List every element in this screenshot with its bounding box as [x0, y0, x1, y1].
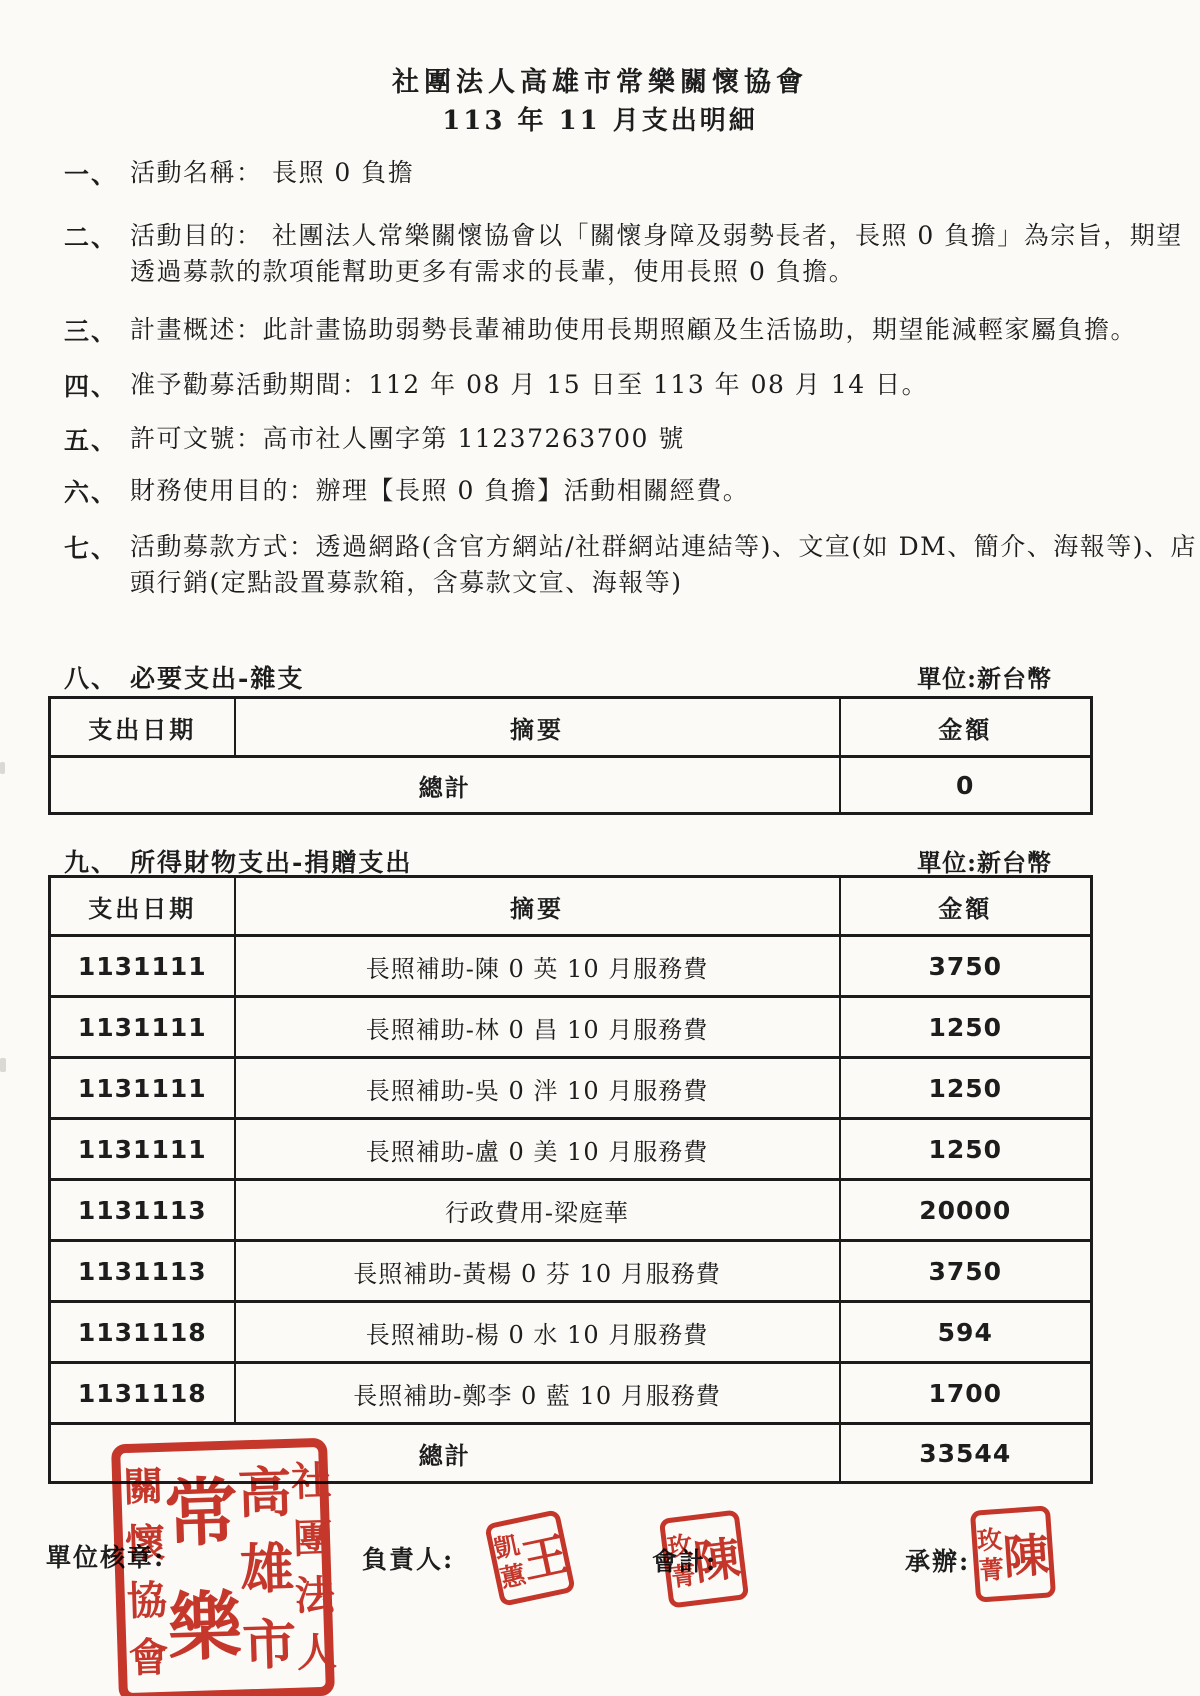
section-9-number: 九、 [64, 843, 118, 879]
org-stamp-char: 團 [292, 1515, 333, 1562]
document-page: 社團法人高雄市常樂關懷協會 113 年 11 月支出明細 一、 活動名稱： 長照… [0, 0, 1200, 1696]
org-stamp-column: 社團法人 [290, 1453, 337, 1682]
cell-date: 1131111 [50, 997, 235, 1058]
cell-amount: 20000 [840, 1180, 1092, 1241]
item-text: 頭行銷(定點設置募款箱，含募款文宣、海報等) [130, 565, 1197, 601]
doc-title: 113 年 11 月支出明細 [0, 100, 1200, 137]
org-name-title: 社團法人高雄市常樂關懷協會 [0, 60, 1200, 99]
handler-label: 承辦: [905, 1542, 970, 1578]
item-text: 活動目的： 社團法人常樂關懷協會以「關懷身障及弱勢長者，長照 0 負擔」為宗旨，… [130, 218, 1183, 254]
cell-summary: 長照補助-吳 0 泮 10 月服務費 [235, 1058, 840, 1119]
item-number: 一、 [64, 155, 118, 191]
column-header-amount: 金額 [840, 877, 1092, 936]
cell-amount: 1250 [840, 1119, 1092, 1180]
table-total-row: 總計 0 [50, 757, 1092, 814]
scan-artifact [0, 762, 5, 774]
item-text: 許可文號：高市社人團字第 11237263700 號 [130, 421, 685, 457]
org-stamp-column: 常樂 [162, 1456, 243, 1686]
table-row: 1131113長照補助-黃楊 0 芬 10 月服務費3750 [50, 1241, 1092, 1302]
cell-summary: 長照補助-鄭李 0 藍 10 月服務費 [235, 1363, 840, 1424]
cell-date: 1131113 [50, 1180, 235, 1241]
cell-amount: 594 [840, 1302, 1092, 1363]
column-header-amount: 金額 [840, 698, 1092, 757]
item-number: 四、 [64, 367, 118, 403]
stamp-right-char: 陳 [690, 1522, 744, 1593]
cell-summary: 長照補助-楊 0 水 10 月服務費 [235, 1302, 840, 1363]
cell-amount: 3750 [840, 936, 1092, 997]
cell-date: 1131118 [50, 1363, 235, 1424]
table-header-row: 支出日期 摘要 金額 [50, 877, 1092, 936]
org-stamp-char: 會 [128, 1634, 169, 1681]
column-header-date: 支出日期 [50, 877, 235, 936]
cell-amount: 1250 [840, 1058, 1092, 1119]
table-row: 1131111長照補助-吳 0 泮 10 月服務費1250 [50, 1058, 1092, 1119]
column-header-summary: 摘要 [235, 877, 840, 936]
item-text: 計畫概述：此計畫協助弱勢長輩補助使用長期照顧及生活協助，期望能減輕家屬負擔。 [130, 312, 1137, 348]
item-number: 六、 [64, 473, 118, 509]
org-stamp-char: 高 [237, 1460, 293, 1526]
misc-expense-table: 支出日期 摘要 金額 總計 0 [48, 696, 1093, 815]
cell-date: 1131111 [50, 1058, 235, 1119]
section-9-title: 所得財物支出-捐贈支出 [130, 843, 412, 879]
table-row: 1131113行政費用-梁庭華20000 [50, 1180, 1092, 1241]
org-stamp-char: 法 [294, 1572, 335, 1619]
cell-amount: 1700 [840, 1363, 1092, 1424]
stamp-right-char: 陳 [1001, 1519, 1051, 1588]
org-stamp-char: 市 [241, 1612, 297, 1678]
total-amount: 0 [840, 757, 1092, 814]
total-amount: 33544 [840, 1424, 1092, 1483]
stamp-char: 菁 [669, 1560, 697, 1593]
donation-expense-table: 支出日期 摘要 金額 1131111長照補助-陳 0 英 10 月服務費3750… [48, 875, 1093, 1484]
org-stamp-char: 樂 [166, 1578, 243, 1676]
section-9-unit-label: 單位:新台幣 [917, 843, 1052, 878]
accountant-name-stamp: 玫菁 陳 [659, 1509, 749, 1608]
section-8-title: 必要支出-雜支 [130, 659, 304, 695]
cell-summary: 長照補助-陳 0 英 10 月服務費 [235, 936, 840, 997]
cell-amount: 3750 [840, 1241, 1092, 1302]
org-stamp-char: 人 [296, 1629, 337, 1676]
org-stamp-char: 懷 [124, 1520, 165, 1567]
table-row: 1131111長照補助-盧 0 美 10 月服務費1250 [50, 1119, 1092, 1180]
table-row: 1131111長照補助-林 0 昌 10 月服務費1250 [50, 997, 1092, 1058]
table-row: 1131111長照補助-陳 0 英 10 月服務費3750 [50, 936, 1092, 997]
item-number: 五、 [64, 421, 118, 457]
responsible-name-stamp: 凱蕙 王 [484, 1509, 576, 1607]
stamp-char: 玫 [976, 1525, 1003, 1557]
cell-summary: 長照補助-黃楊 0 芬 10 月服務費 [235, 1241, 840, 1302]
section-8-unit-label: 單位:新台幣 [917, 659, 1052, 694]
cell-date: 1131118 [50, 1302, 235, 1363]
item-text: 活動募款方式：透過網路(含官方網站/社群網站連結等)、文宣(如 DM、簡介、海報… [130, 529, 1197, 565]
donation-table-rows: 1131111長照補助-陳 0 英 10 月服務費37501131111長照補助… [50, 936, 1092, 1424]
cell-date: 1131113 [50, 1241, 235, 1302]
column-header-date: 支出日期 [50, 698, 235, 757]
org-stamp-char: 社 [291, 1458, 332, 1505]
cell-summary: 長照補助-林 0 昌 10 月服務費 [235, 997, 840, 1058]
item-number: 二、 [64, 218, 118, 254]
cell-summary: 行政費用-梁庭華 [235, 1180, 840, 1241]
item-text: 活動名稱： 長照 0 負擔 [130, 155, 414, 191]
stamp-char: 玫 [666, 1530, 694, 1563]
responsible-label: 負責人: [362, 1540, 454, 1576]
section-8-number: 八、 [64, 659, 118, 695]
cell-date: 1131111 [50, 936, 235, 997]
item-number: 三、 [64, 312, 118, 348]
total-label: 總計 [50, 757, 840, 814]
item-text: 財務使用目的：辦理【長照 0 負擔】活動相關經費。 [130, 473, 749, 509]
table-row: 1131118長照補助-鄭李 0 藍 10 月服務費1700 [50, 1363, 1092, 1424]
cell-amount: 1250 [840, 997, 1092, 1058]
org-stamp-char: 協 [126, 1577, 167, 1624]
handler-name-stamp: 玫菁 陳 [970, 1505, 1056, 1602]
cell-date: 1131111 [50, 1119, 235, 1180]
org-stamp-char: 關 [123, 1463, 164, 1510]
cell-summary: 長照補助-盧 0 美 10 月服務費 [235, 1119, 840, 1180]
table-row: 1131118長照補助-楊 0 水 10 月服務費594 [50, 1302, 1092, 1363]
stamp-char: 菁 [978, 1555, 1005, 1587]
org-stamp-column: 高雄市 [236, 1454, 297, 1684]
table-header-row: 支出日期 摘要 金額 [50, 698, 1092, 757]
item-number: 七、 [64, 529, 118, 565]
organization-seal-stamp: 社團法人高雄市常樂關懷協會 [111, 1438, 335, 1696]
item-text: 准予勸募活動期間：112 年 08 月 15 日至 113 年 08 月 14 … [130, 367, 928, 403]
scan-artifact [0, 1058, 6, 1072]
column-header-summary: 摘要 [235, 698, 840, 757]
item-text: 透過募款的款項能幫助更多有需求的長輩，使用長照 0 負擔。 [130, 254, 1183, 290]
org-stamp-char: 常 [163, 1465, 240, 1563]
org-stamp-char: 雄 [239, 1536, 295, 1602]
